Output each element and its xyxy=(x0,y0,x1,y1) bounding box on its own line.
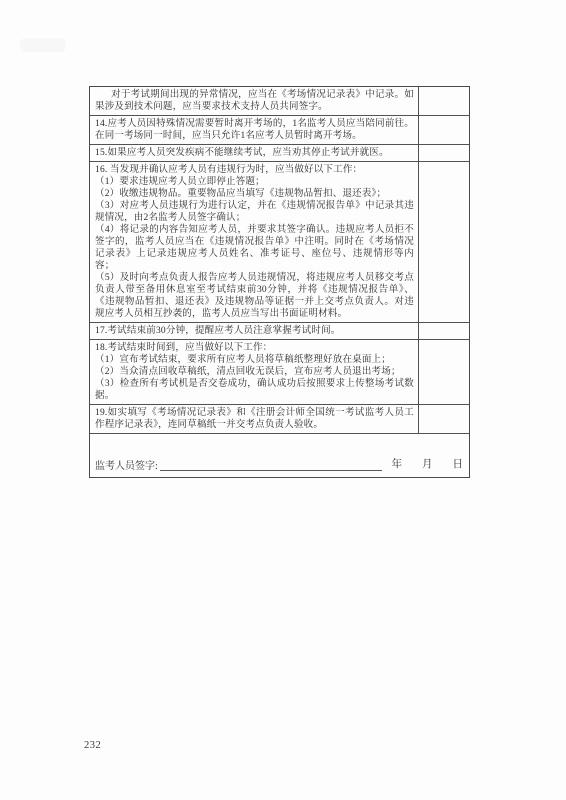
procedure-text-cell: 17.考试结束前30分钟，提醒应考人员注意掌握考试时间。 xyxy=(90,323,418,339)
document-page: 对于考试期间出现的异常情况，应当在《考场情况记录表》中记录。如果涉及到技术问题，… xyxy=(0,0,566,800)
procedure-paragraph: （3）检查所有考试机是否交卷成功，确认成功后按照要求上传整场考试数据。 xyxy=(95,378,414,402)
procedure-paragraph: 17.考试结束前30分钟，提醒应考人员注意掌握考试时间。 xyxy=(95,325,414,337)
date-year-label: 年 xyxy=(392,459,403,471)
date-month-label: 月 xyxy=(422,459,433,471)
procedure-paragraph: 18.考试结束时间到，应当做好以下工作： xyxy=(95,342,414,354)
check-cell xyxy=(418,405,469,433)
procedure-paragraph: 19.如实填写《考场情况记录表》和《注册会计师全国统一考试监考人员工作程序记录表… xyxy=(95,407,414,431)
procedure-paragraph: 16. 当发现并确认应考人员有违规行为时，应当做好以下工作： xyxy=(95,164,414,176)
check-cell xyxy=(418,340,469,404)
signature-label: 监考人员签字: xyxy=(95,461,158,472)
procedure-text-cell: 19.如实填写《考场情况记录表》和《注册会计师全国统一考试监考人员工作程序记录表… xyxy=(90,405,418,433)
item-17: 17.考试结束前30分钟，提醒应考人员注意掌握考试时间。 xyxy=(90,323,469,340)
procedure-text-cell: 18.考试结束时间到，应当做好以下工作：（1）宣布考试结束，要求所有应考人员将草… xyxy=(90,340,418,404)
procedure-paragraph: 对于考试期间出现的异常情况，应当在《考场情况记录表》中记录。如果涉及到技术问题，… xyxy=(95,89,414,113)
item-18: 18.考试结束时间到，应当做好以下工作：（1）宣布考试结束，要求所有应考人员将草… xyxy=(90,340,469,405)
procedure-paragraph: （2）收缴违规物品。重要物品应当填写《违规物品暂扣、退还表》； xyxy=(95,188,414,200)
scan-artifact xyxy=(20,38,66,52)
item-19: 19.如实填写《考场情况记录表》和《注册会计师全国统一考试监考人员工作程序记录表… xyxy=(90,405,469,434)
procedure-paragraph: （3）对应考人员违规行为进行认定，并在《违规情况报告单》中记录其违规情况，由2名… xyxy=(95,200,414,224)
date-day-label: 日 xyxy=(453,459,464,471)
item-15: 15.如果应考人员突发疾病不能继续考试，应当劝其停止考试并就医。 xyxy=(90,145,469,162)
procedure-paragraph: （1）要求违规应考人员立即停止答题； xyxy=(95,176,414,188)
item-13-continuation: 对于考试期间出现的异常情况，应当在《考场情况记录表》中记录。如果涉及到技术问题，… xyxy=(90,87,469,116)
procedure-text-cell: 14.应考人员因特殊情况需要暂时离开考场的，1名监考人员应当陪同前往。在同一考场… xyxy=(90,116,418,144)
check-cell xyxy=(418,323,469,339)
item-14: 14.应考人员因特殊情况需要暂时离开考场的，1名监考人员应当陪同前往。在同一考场… xyxy=(90,116,469,145)
procedure-table: 对于考试期间出现的异常情况，应当在《考场情况记录表》中记录。如果涉及到技术问题，… xyxy=(89,86,470,478)
check-cell xyxy=(418,116,469,144)
procedure-paragraph: 14.应考人员因特殊情况需要暂时离开考场的，1名监考人员应当陪同前往。在同一考场… xyxy=(95,118,414,142)
procedure-paragraph: 15.如果应考人员突发疾病不能继续考试，应当劝其停止考试并就医。 xyxy=(95,147,414,159)
procedure-text-cell: 对于考试期间出现的异常情况，应当在《考场情况记录表》中记录。如果涉及到技术问题，… xyxy=(90,87,418,115)
check-cell xyxy=(418,145,469,161)
check-cell xyxy=(418,162,469,322)
procedure-paragraph: （4）将记录的内容告知应考人员，并要求其签字确认。违规应考人员拒不签字的，监考人… xyxy=(95,224,414,272)
procedure-paragraph: （5）及时向考点负责人报告应考人员违规情况，将违规应考人员移交考点负责人带至备用… xyxy=(95,272,414,320)
signature-blank-line xyxy=(160,460,382,471)
signature-row: 监考人员签字: 年 月 日 xyxy=(90,434,469,477)
item-16: 16. 当发现并确认应考人员有违规行为时，应当做好以下工作：（1）要求违规应考人… xyxy=(90,162,469,323)
date-labels: 年 月 日 xyxy=(392,459,464,471)
procedure-table-body: 对于考试期间出现的异常情况，应当在《考场情况记录表》中记录。如果涉及到技术问题，… xyxy=(90,87,469,434)
page-number: 232 xyxy=(84,740,101,751)
procedure-paragraph: （2）当众清点回收草稿纸，清点回收无误后，宣布应考人员退出考场； xyxy=(95,366,414,378)
procedure-text-cell: 16. 当发现并确认应考人员有违规行为时，应当做好以下工作：（1）要求违规应考人… xyxy=(90,162,418,322)
procedure-text-cell: 15.如果应考人员突发疾病不能继续考试，应当劝其停止考试并就医。 xyxy=(90,145,418,161)
check-cell xyxy=(418,87,469,115)
procedure-paragraph: （1）宣布考试结束，要求所有应考人员将草稿纸整理好放在桌面上； xyxy=(95,354,414,366)
